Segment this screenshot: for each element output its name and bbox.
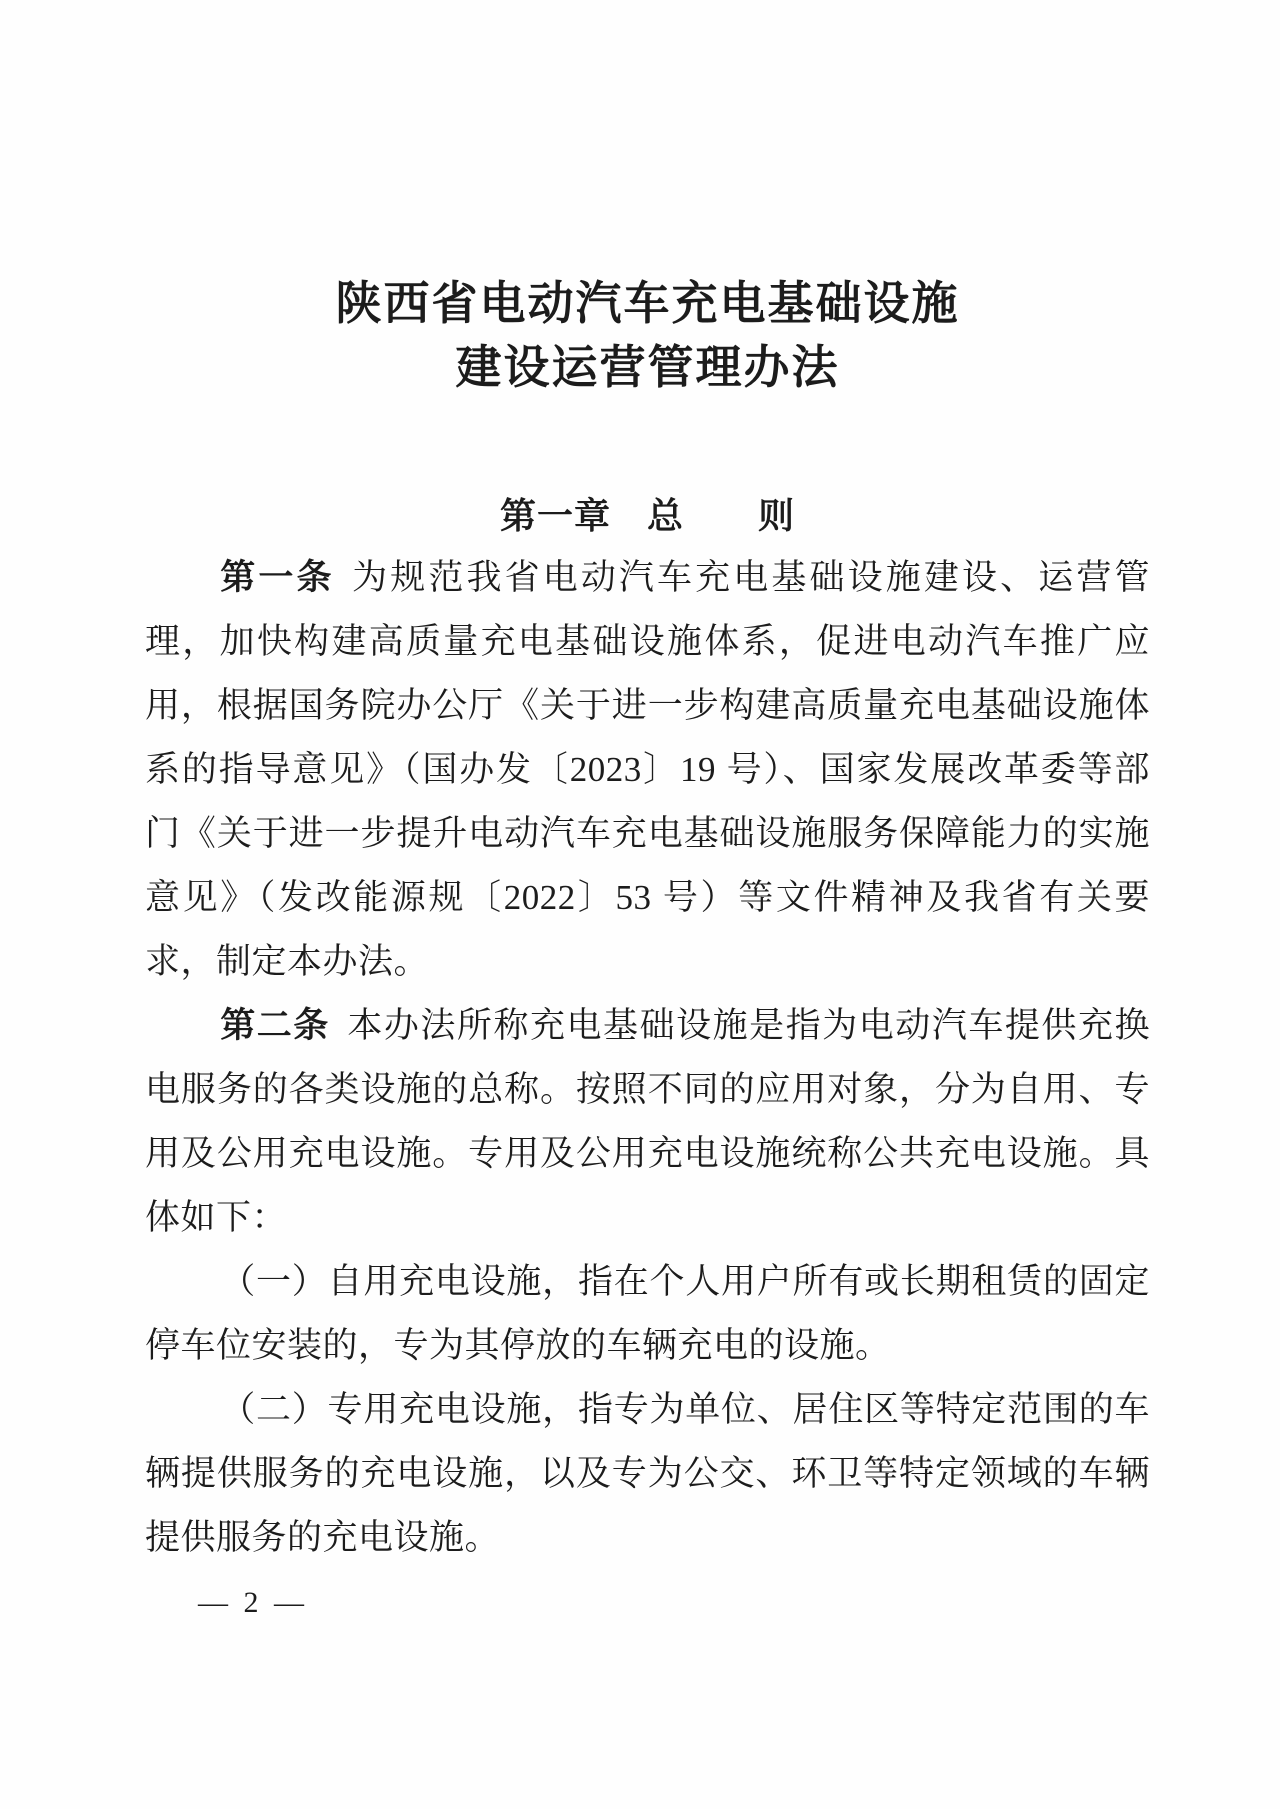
document-content: 陕西省电动汽车充电基础设施 建设运营管理办法 第一章总 则 第一条为规范我省电动… xyxy=(145,0,1150,1570)
document-page: 陕西省电动汽车充电基础设施 建设运营管理办法 第一章总 则 第一条为规范我省电动… xyxy=(0,0,1280,1809)
page-number: — 2 — xyxy=(198,1583,308,1623)
article-text-1: 为规范我省电动汽车充电基础设施建设、运营管理，加快构建高质量充电基础设施体系，促… xyxy=(145,558,1150,981)
document-title-line1: 陕西省电动汽车充电基础设施 xyxy=(145,272,1150,336)
chapter-number: 第一章 xyxy=(500,495,611,536)
list-item-paragraph-1: （一）自用充电设施，指在个人用户所有或长期租赁的固定停车位安装的，专为其停放的车… xyxy=(145,1250,1150,1378)
list-item-paragraph-2: （二）专用充电设施，指专为单位、居住区等特定范围的车辆提供服务的充电设施，以及专… xyxy=(145,1378,1150,1570)
chapter-heading: 第一章总 则 xyxy=(145,494,1150,538)
list-item-text-2: （二）专用充电设施，指专为单位、居住区等特定范围的车辆提供服务的充电设施，以及专… xyxy=(145,1390,1150,1557)
article-number-2: 第二条 xyxy=(220,1006,330,1045)
document-title-line2: 建设运营管理办法 xyxy=(145,336,1150,400)
list-item-text-1: （一）自用充电设施，指在个人用户所有或长期租赁的固定停车位安装的，专为其停放的车… xyxy=(145,1262,1150,1365)
article-paragraph-1: 第一条为规范我省电动汽车充电基础设施建设、运营管理，加快构建高质量充电基础设施体… xyxy=(145,546,1150,994)
chapter-title: 总 则 xyxy=(647,495,795,536)
document-title: 陕西省电动汽车充电基础设施 建设运营管理办法 xyxy=(145,272,1150,400)
article-number-1: 第一条 xyxy=(220,558,334,597)
article-paragraph-2: 第二条本办法所称充电基础设施是指为电动汽车提供充换电服务的各类设施的总称。按照不… xyxy=(145,994,1150,1250)
document-body: 第一条为规范我省电动汽车充电基础设施建设、运营管理，加快构建高质量充电基础设施体… xyxy=(145,546,1150,1570)
